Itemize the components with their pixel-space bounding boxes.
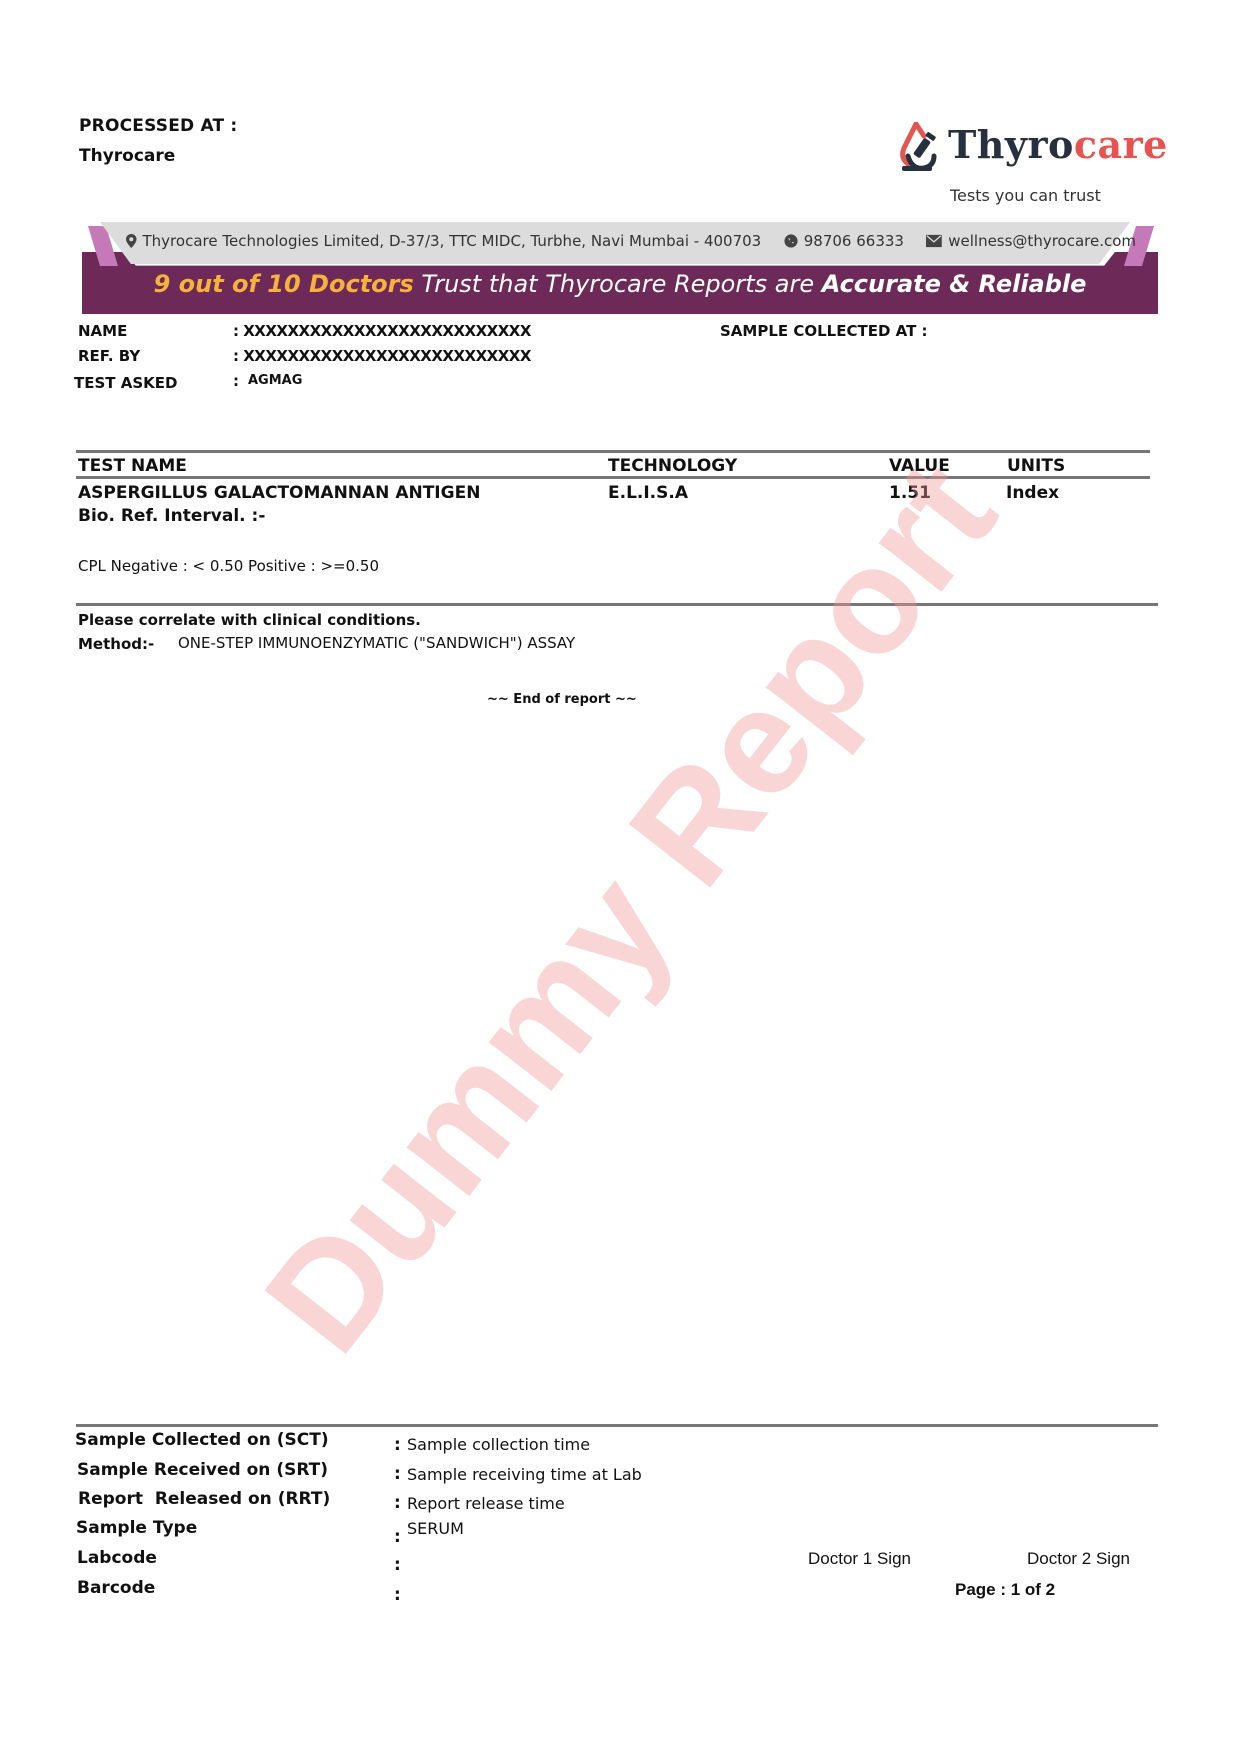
cell-units: Index: [1006, 483, 1059, 503]
doctor-2-sign: Doctor 2 Sign: [1027, 1549, 1130, 1569]
footer-value-sct: Sample collection time: [407, 1435, 590, 1454]
footer-label-labcode: Labcode: [77, 1548, 157, 1568]
col-header-test-name: TEST NAME: [78, 456, 187, 476]
footer-colon: :: [394, 1464, 401, 1484]
method-value: ONE-STEP IMMUNOENZYMATIC ("SANDWICH") AS…: [178, 634, 575, 652]
test-asked-colon: :: [233, 372, 239, 390]
col-header-units: UNITS: [1007, 456, 1065, 476]
table-top-rule: [76, 450, 1150, 453]
col-header-value: VALUE: [889, 456, 950, 476]
reference-range-text: CPL Negative : < 0.50 Positive : >=0.50: [78, 557, 379, 575]
correlate-note: Please correlate with clinical condition…: [78, 611, 421, 629]
thyrocare-logo: Thyrocare Tests you can trust: [898, 118, 1158, 208]
footer-colon: :: [394, 1585, 401, 1605]
footer-label-sample-type: Sample Type: [76, 1518, 197, 1538]
test-asked-value: AGMAG: [248, 373, 302, 388]
col-header-technology: TECHNOLOGY: [608, 456, 737, 476]
logo-word-dark: Thyro: [948, 122, 1074, 167]
name-value: : XXXXXXXXXXXXXXXXXXXXXXXXXX: [233, 322, 531, 340]
slogan-middle: Trust that Thyrocare Reports are: [414, 270, 822, 298]
logo-tagline: Tests you can trust: [950, 186, 1101, 205]
contact-banner: Thyrocare Technologies Limited, D-37/3, …: [82, 222, 1158, 314]
sample-collected-at-label: SAMPLE COLLECTED AT :: [720, 322, 928, 340]
location-pin-icon: [126, 233, 137, 249]
bio-ref-interval-label: Bio. Ref. Interval. :-: [78, 506, 265, 526]
cell-value: 1.51: [889, 483, 931, 503]
lab-address: Thyrocare Technologies Limited, D-37/3, …: [143, 232, 762, 250]
footer-colon: :: [394, 1493, 401, 1513]
cell-test-name: ASPERGILLUS GALACTOMANNAN ANTIGEN: [78, 483, 480, 503]
slogan-highlight: 9 out of 10 Doctors: [154, 270, 414, 298]
ref-by-value: : XXXXXXXXXXXXXXXXXXXXXXXXXX: [233, 347, 531, 365]
method-label: Method:-: [78, 635, 154, 653]
footer-value-sample-type: SERUM: [407, 1519, 464, 1538]
doctor-1-sign: Doctor 1 Sign: [808, 1549, 911, 1569]
whatsapp-icon: [784, 233, 798, 249]
footer-label-rrt: Report Released on (RRT): [78, 1489, 330, 1509]
table-header-rule: [76, 476, 1150, 479]
end-of-report: ~~ End of report ~~: [487, 692, 637, 707]
mail-icon: [926, 234, 942, 248]
banner-slogan: 9 out of 10 Doctors Trust that Thyrocare…: [82, 270, 1158, 298]
logo-word-red: care: [1074, 122, 1168, 167]
name-label: NAME: [78, 322, 127, 340]
footer-colon: :: [394, 1527, 401, 1547]
footer-label-srt: Sample Received on (SRT): [77, 1460, 328, 1480]
ref-by-label: REF. BY: [78, 347, 140, 365]
page-indicator: Page : 1 of 2: [955, 1580, 1055, 1600]
notes-top-rule: [76, 603, 1158, 606]
footer-colon: :: [394, 1555, 401, 1575]
logo-wordmark: Thyrocare: [948, 122, 1168, 167]
footer-label-barcode: Barcode: [77, 1578, 155, 1598]
lab-email[interactable]: wellness@thyrocare.com: [948, 232, 1136, 250]
slogan-emphasis: Accurate & Reliable: [822, 270, 1087, 298]
footer-colon: :: [394, 1435, 401, 1455]
lab-phone[interactable]: 98706 66333: [804, 232, 904, 250]
footer-value-rrt: Report release time: [407, 1494, 565, 1513]
microscope-drop-icon: [898, 122, 942, 174]
cell-technology: E.L.I.S.A: [608, 483, 688, 503]
banner-contact-line: Thyrocare Technologies Limited, D-37/3, …: [126, 232, 1136, 250]
footer-label-sct: Sample Collected on (SCT): [75, 1430, 329, 1450]
footer-value-srt: Sample receiving time at Lab: [407, 1465, 642, 1484]
test-asked-label: TEST ASKED: [74, 374, 177, 392]
footer-top-rule: [76, 1424, 1158, 1427]
processed-at-label: PROCESSED AT :: [79, 116, 237, 136]
processed-at-value: Thyrocare: [79, 146, 175, 166]
